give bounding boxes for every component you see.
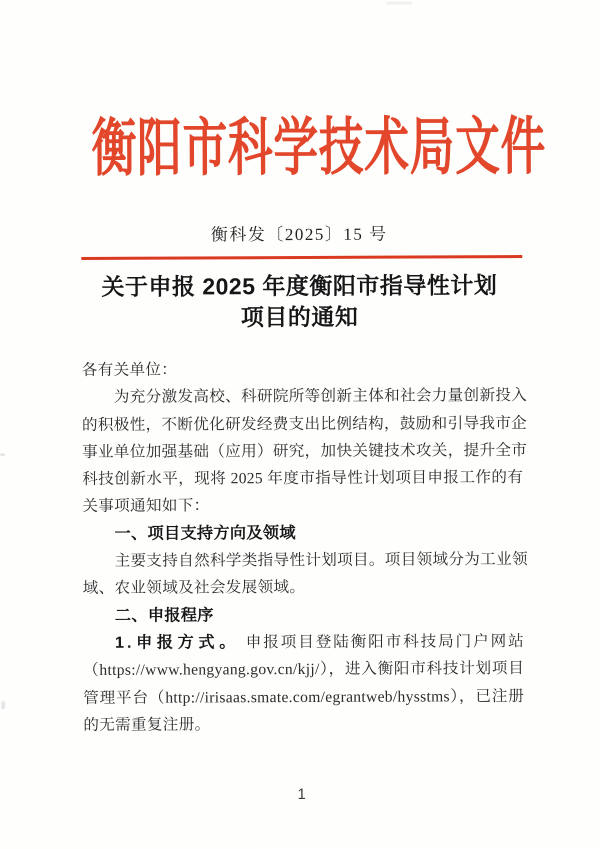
section-heading: 一、项目支持方向及领域 xyxy=(82,519,523,548)
bold-run: 1.申报方式。 xyxy=(115,633,240,652)
body-line: 各有关单位： xyxy=(82,355,523,384)
body-line: 管理平台（http://irisaas.smate.com/egrantweb/… xyxy=(83,683,524,712)
notice-title-line1: 关于申报 2025 年度衡阳市指导性计划 xyxy=(0,270,599,304)
page-number: 1 xyxy=(2,785,600,805)
body-line: 关事项通知如下： xyxy=(82,492,523,521)
body-line: （https://www.hengyang.gov.cn/kjj/），进入衡阳市… xyxy=(83,655,524,684)
org-title: 衡阳市科学技术局文件 xyxy=(91,111,546,185)
org-title-banner: 衡阳市科学技术局文件 xyxy=(0,111,599,186)
body-line: 事业单位加强基础（应用）研究，加快关键技术攻关，提升全市 xyxy=(82,437,523,466)
body-line: 1.申报方式。 申报项目登陆衡阳市科技局门户网站 xyxy=(83,628,524,657)
red-divider-rule xyxy=(81,255,522,260)
scan-artifact xyxy=(386,2,412,5)
body-line: 域、农业领域及社会发展领域。 xyxy=(83,573,524,602)
body-text: 各有关单位：为充分激发高校、科研院所等创新主体和社会力量创新投入的积极性，不断优… xyxy=(82,355,525,739)
body-line: 主要支持自然科学类指导性计划项目。项目领域分为工业领 xyxy=(83,546,524,575)
body-line: 为充分激发高校、科研院所等创新主体和社会力量创新投入 xyxy=(82,382,523,411)
doc-number: 衡科发〔2025〕15 号 xyxy=(0,219,599,247)
body-line: 科技创新水平，现将 2025 年度市指导性计划项目申报工作的有 xyxy=(82,464,523,493)
body-line: 的无需重复注册。 xyxy=(83,710,524,739)
notice-title-line2: 项目的通知 xyxy=(0,301,600,335)
notice-title: 关于申报 2025 年度衡阳市指导性计划 项目的通知 xyxy=(0,270,600,335)
document-page: 衡阳市科学技术局文件 衡科发〔2025〕15 号 关于申报 2025 年度衡阳市… xyxy=(0,0,600,848)
body-line: 的积极性，不断优化研发经费支出比例结构，鼓励和引导我市企 xyxy=(82,410,523,439)
scan-artifact xyxy=(0,453,5,456)
scan-artifact xyxy=(1,701,5,709)
section-heading: 二、申报程序 xyxy=(83,601,524,630)
